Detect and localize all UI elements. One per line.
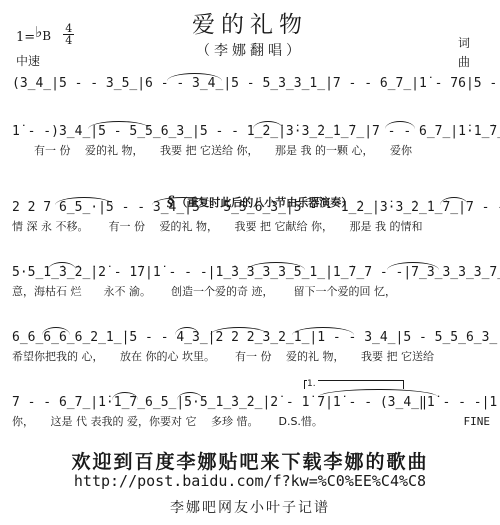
key-prefix: 1= (16, 30, 35, 45)
key-signature: 1=♭B 4 4 (16, 26, 74, 49)
score-system-3: §（重复时此后的八小节由乐器演奏） 2 2 7 6̲5̲·|5 - - 3̲4̲… (12, 200, 494, 234)
slur-arc (167, 73, 222, 81)
time-denominator: 4 (63, 35, 74, 46)
music-line-6: 7 - - 6̲7̲|1̇·1̲̇7̲6̲5̲|5·5̲1̲̇3̲̇2̲̇|2̇… (12, 395, 494, 410)
footer-scribe-credit: 李娜吧网友小叶子记谱 (0, 497, 500, 517)
song-subtitle: （李娜翻唱） (0, 40, 500, 60)
slur-arc (55, 197, 113, 205)
slur-arc (48, 262, 76, 270)
fine-marking: FINE (464, 415, 491, 428)
score-system-1: (3̲4̲|5 - - 3̲5̲|6 - - 3̲4̲|5 - 5̲3̲3̲1̲… (12, 76, 494, 91)
credits-block: 词 曲 (458, 34, 470, 71)
footer-url: http://post.baidu.com/f?kw=%C0%EE%C4%C8 (0, 472, 500, 490)
score-system-5: 6̲6̲6̲6̲6̲2̲1̲̇|5 - - 4̲3̲|2 2 2̲3̲2̲1̲|… (12, 330, 494, 364)
score-system-6: 1. 7 - - 6̲7̲|1̇·1̲̇7̲6̲5̲|5·5̲1̲̇3̲̇2̲̇… (12, 395, 494, 429)
time-signature: 4 4 (63, 23, 74, 46)
slur-arc (253, 121, 283, 129)
lyrics-line-4: 意，海枯石 烂 永不 渝。 创造一个爱的奇 迹， 留下一个爱的回 忆， (12, 283, 494, 299)
slur-arc (387, 262, 439, 270)
score-system-2: 1̇ - -)3̲4̲|5 - 5̲5̲6̲3̲|5 - - 1̲̇2̲̇|3̇… (12, 124, 494, 158)
slur-arc (177, 392, 203, 400)
music-line-1: (3̲4̲|5 - - 3̲5̲|6 - - 3̲4̲|5 - 5̲3̲3̲1̲… (12, 76, 494, 91)
lyrics-line-2: 有一 份 爱的礼 物， 我要 把 它送给 你， 那是 我 的一颗 心， 爱你 (12, 142, 494, 158)
key-letter: B (42, 29, 51, 43)
slur-arc (175, 327, 199, 335)
slur-arc (88, 121, 150, 129)
lyricist-label: 词 (458, 34, 470, 53)
lyrics-line-6: 你， 这是 代 表我的 爱，你要对 它 多珍 惜。 D.S.惜。 (12, 413, 494, 429)
song-title: 爱的礼物 (0, 6, 500, 39)
composer-label: 曲 (458, 53, 470, 72)
lyrics-line-5: 希望你把我的 心， 放在 你的心 坎里。 有一 份 爱的礼 物， 我要 把 它送… (12, 348, 494, 364)
slur-arc (247, 262, 305, 270)
footer-promo-text: 欢迎到百度李娜贴吧来下载李娜的歌曲 (0, 447, 500, 474)
volta-bracket: 1. (304, 380, 404, 389)
slur-arc (42, 327, 70, 335)
slur-arc (440, 197, 468, 205)
slur-arc (112, 392, 138, 400)
tempo-marking: 中速 (16, 52, 40, 69)
score-system-4: 5·5̲1̲̇3̲̇2̲̇|2̇ - 1̇7|1̇ - - -|1̲̇3̲3̲3… (12, 265, 494, 299)
slur-arc (318, 389, 438, 397)
volta-label: 1. (307, 379, 318, 389)
slur-arc (385, 121, 415, 129)
slur-arc (210, 327, 268, 335)
slur-arc (292, 327, 354, 335)
